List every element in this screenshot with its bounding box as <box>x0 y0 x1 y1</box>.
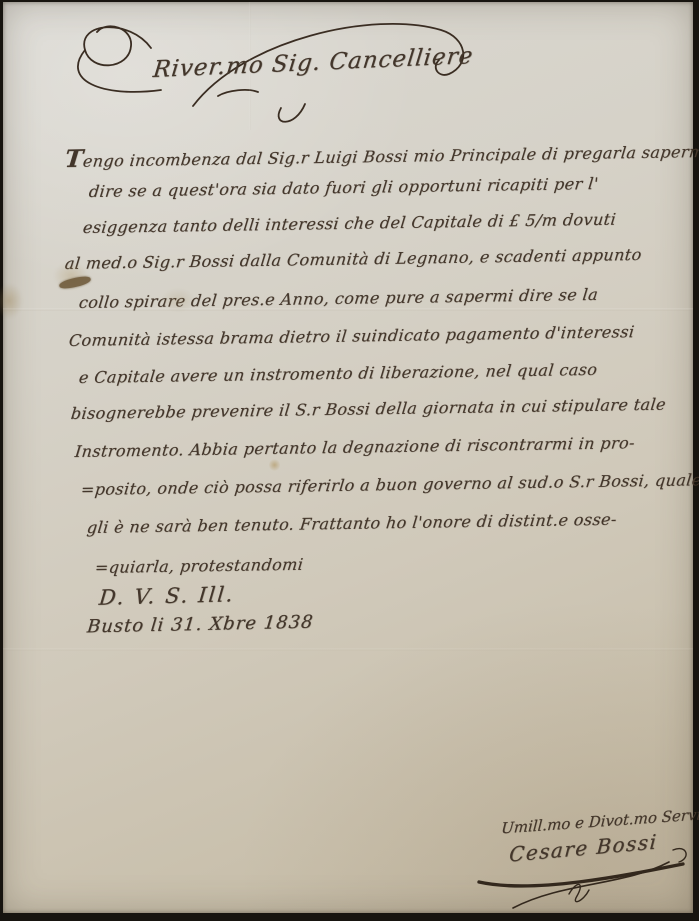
letter-line: Instromento. Abbia pertanto la degnazion… <box>74 433 636 461</box>
dateline: Busto li 31. Xbre 1838 <box>86 612 315 638</box>
letter-line: collo spirare del pres.e Anno, come pure… <box>78 285 599 312</box>
letter-line: =posito, onde ciò possa riferirlo a buon… <box>80 470 699 499</box>
letter-line: Tengo incombenza dal Sig.r Luigi Bossi m… <box>63 134 699 173</box>
letter-line: gli è ne sarà ben tenuto. Frattanto ho l… <box>86 510 618 537</box>
letter-line: e Capitale avere un instromento di liber… <box>78 360 598 387</box>
letter-line: bisognerebbe prevenire il S.r Bossi dell… <box>70 395 667 423</box>
letter-line: dire se a quest'ora sia dato fuori gli o… <box>88 174 600 201</box>
paper-stain <box>269 459 280 471</box>
ink-blot <box>58 275 91 291</box>
paper-crease <box>3 648 693 651</box>
letter-page: River.mo Sig. Cancelliere Tengo incomben… <box>3 2 693 913</box>
letter-line: esiggenza tanto delli interessi che del … <box>82 210 617 237</box>
salutation: River.mo Sig. Cancelliere <box>152 43 475 83</box>
closing-formula: D. V. S. Ill. <box>98 582 236 610</box>
letter-line: al med.o Sig.r Bossi dalla Comunità di L… <box>64 245 643 273</box>
letter-line: =quiarla, protestandomi <box>94 555 304 577</box>
signature-honorific: Umill.mo e Divot.mo Servit. <box>501 805 699 838</box>
letter-line: Comunità istessa brama dietro il suindic… <box>68 322 635 350</box>
paper-stain <box>0 283 23 319</box>
